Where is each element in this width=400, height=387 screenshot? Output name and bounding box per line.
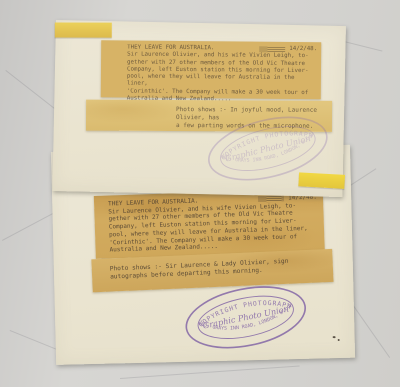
- ink-speck: [338, 339, 340, 341]
- photo-shows-line: Photo shows :- In joyful mood, Laurence …: [176, 106, 326, 123]
- stamp-agency-name: "Graphic Photo Union": [198, 303, 293, 332]
- stamp-agency-name: "Graphic Photo Union": [220, 132, 315, 164]
- spacer: [198, 201, 258, 203]
- stamp-arc-bottom: 103, GRAYS INN ROAD, LONDON, W.C.1: [219, 130, 318, 172]
- stamp-arc-bottom: 103, GRAYS INN ROAD, LONDON, W.C.1: [197, 301, 296, 339]
- tape-strip-right: [298, 172, 345, 189]
- photo-backdrop: THEY LEAVE FOR AUSTRALIA. 14/2/48. Sir L…: [0, 0, 400, 387]
- ink-speck: [333, 336, 336, 338]
- tape-strip-top-left: [55, 22, 112, 37]
- caption-line: pool, where they will leave for Australi…: [127, 74, 317, 90]
- svg-text:103, GRAYS INN ROAD, LONDON, W: 103, GRAYS INN ROAD, LONDON, W.C.1: [219, 130, 318, 172]
- svg-text:COPYRIGHT PHOTOGRAPH: COPYRIGHT PHOTOGRAPH: [195, 292, 295, 330]
- caption-slip: THEY LEAVE FOR AUSTRALIA. 14/2/48. Sir L…: [94, 188, 325, 259]
- photo-shows-slip: Photo shows :- In joyful mood, Laurence …: [86, 100, 332, 132]
- photo-shows-line: a few parting words on the microphone.: [176, 122, 326, 131]
- scratch-line: [349, 300, 390, 358]
- struck-out-word: [258, 196, 284, 203]
- caption-slip: THEY LEAVE FOR AUSTRALIA. 14/2/48. Sir L…: [101, 40, 321, 99]
- svg-text:103, GRAYS INN ROAD, LONDON, W: 103, GRAYS INN ROAD, LONDON, W.C.1: [197, 301, 296, 339]
- struck-out-word: [259, 46, 285, 52]
- scratch-line: [120, 365, 300, 379]
- stamp-arc-top: COPYRIGHT PHOTOGRAPH: [195, 292, 295, 330]
- photo-verso-top: THEY LEAVE FOR AUSTRALIA. 14/2/48. Sir L…: [52, 20, 346, 197]
